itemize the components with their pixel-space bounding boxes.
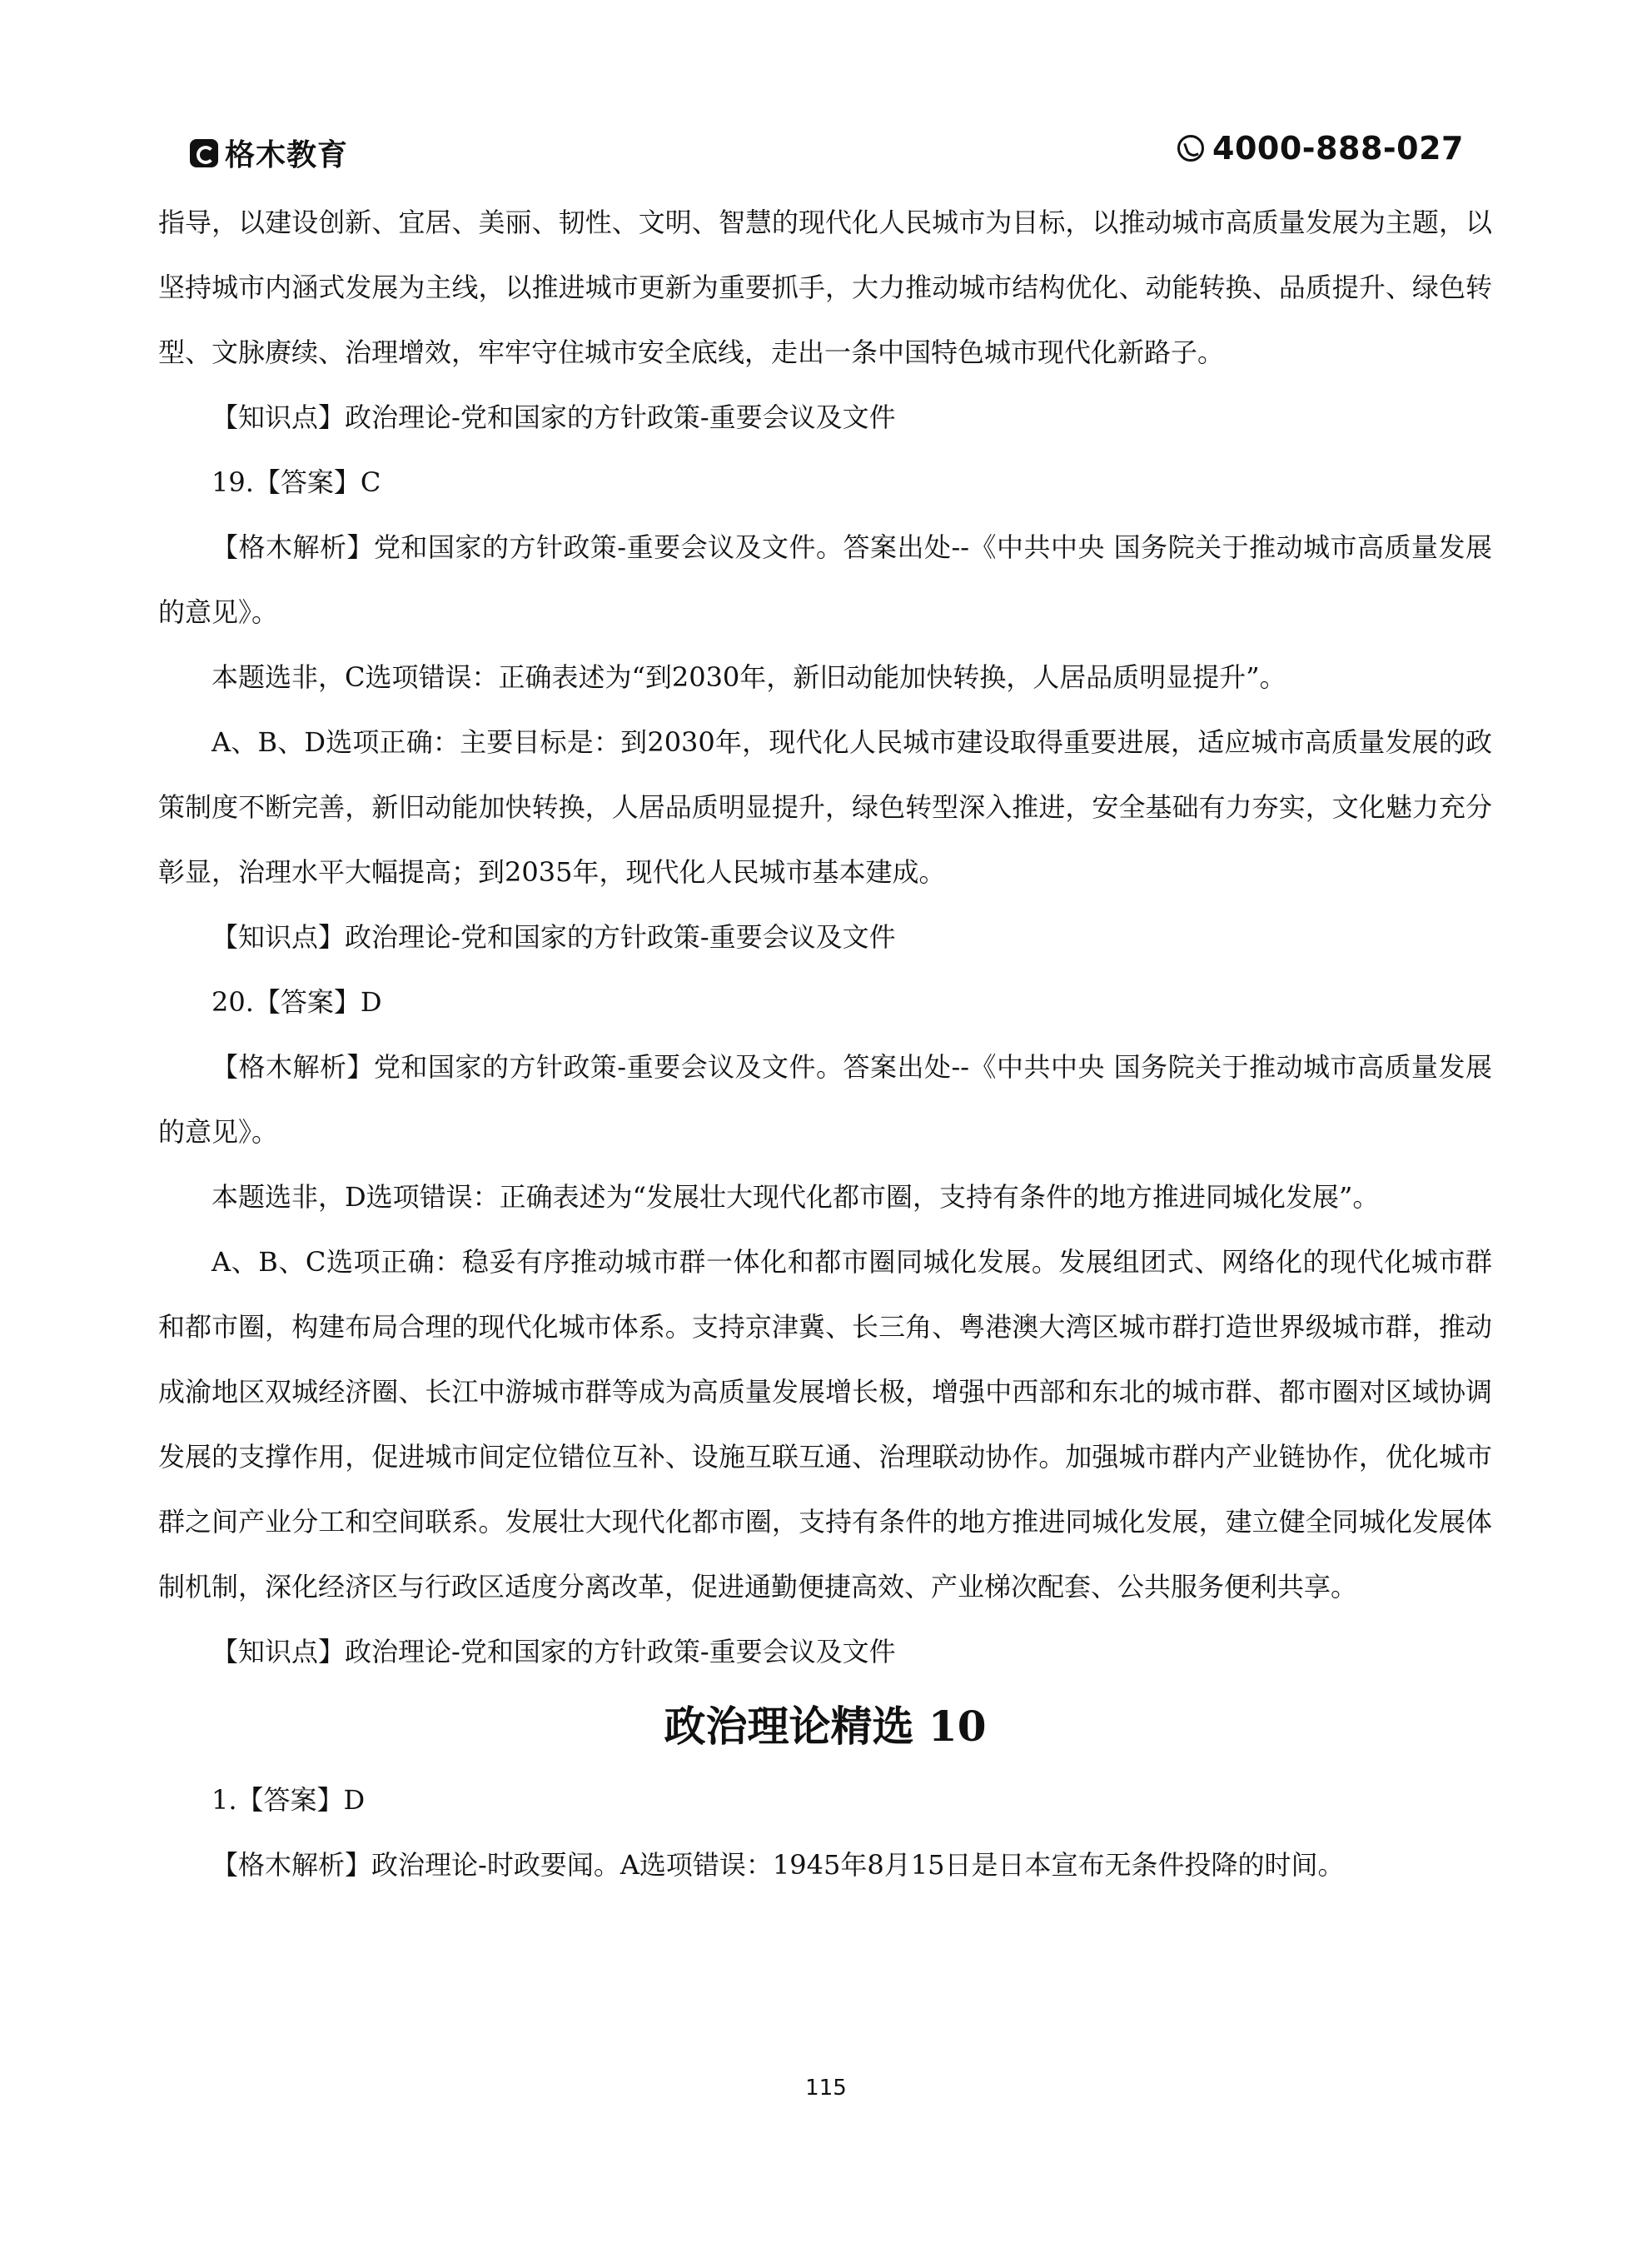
answer-19: 19.【答案】C bbox=[158, 450, 1492, 515]
analysis-1: 【格木解析】政治理论-时政要闻。A选项错误：1945年8月15日是日本宣布无条件… bbox=[158, 1832, 1492, 1897]
analysis-19: 【格木解析】党和国家的方针政策-重要会议及文件。答案出处--《中共中央 国务院关… bbox=[158, 515, 1492, 645]
hotline: 4000-888-027 bbox=[1177, 130, 1464, 167]
knowledge-point: 【知识点】政治理论-党和国家的方针政策-重要会议及文件 bbox=[158, 905, 1492, 969]
explanation-paragraph: 本题选非，C选项错误：正确表述为“到2030年，新旧动能加快转换，人居品质明显提… bbox=[158, 645, 1492, 710]
answer-1: 1.【答案】D bbox=[158, 1767, 1492, 1832]
answer-20: 20.【答案】D bbox=[158, 969, 1492, 1034]
document-body: 指导，以建设创新、宜居、美丽、韧性、文明、智慧的现代化人民城市为目标，以推动城市… bbox=[158, 190, 1492, 1897]
knowledge-point: 【知识点】政治理论-党和国家的方针政策-重要会议及文件 bbox=[158, 1619, 1492, 1684]
page-number: 115 bbox=[0, 2076, 1652, 2101]
explanation-paragraph: A、B、C选项正确：稳妥有序推动城市群一体化和都市圈同城化发展。发展组团式、网络… bbox=[158, 1229, 1492, 1619]
brand: 格木教育 bbox=[190, 132, 348, 174]
ge-logo-icon bbox=[190, 139, 218, 167]
knowledge-point: 【知识点】政治理论-党和国家的方针政策-重要会议及文件 bbox=[158, 385, 1492, 450]
brand-name: 格木教育 bbox=[225, 132, 348, 174]
page-header: 格木教育 4000-888-027 bbox=[190, 125, 1464, 180]
paragraph-continuation: 指导，以建设创新、宜居、美丽、韧性、文明、智慧的现代化人民城市为目标，以推动城市… bbox=[158, 190, 1492, 385]
section-title: 政治理论精选 10 bbox=[158, 1689, 1492, 1764]
explanation-paragraph: A、B、D选项正确：主要目标是：到2030年，现代化人民城市建设取得重要进展，适… bbox=[158, 710, 1492, 905]
analysis-20: 【格木解析】党和国家的方针政策-重要会议及文件。答案出处--《中共中央 国务院关… bbox=[158, 1034, 1492, 1164]
phone-icon bbox=[1177, 135, 1204, 162]
explanation-paragraph: 本题选非，D选项错误：正确表述为“发展壮大现代化都市圈，支持有条件的地方推进同城… bbox=[158, 1164, 1492, 1229]
hotline-number: 4000-888-027 bbox=[1212, 130, 1464, 167]
